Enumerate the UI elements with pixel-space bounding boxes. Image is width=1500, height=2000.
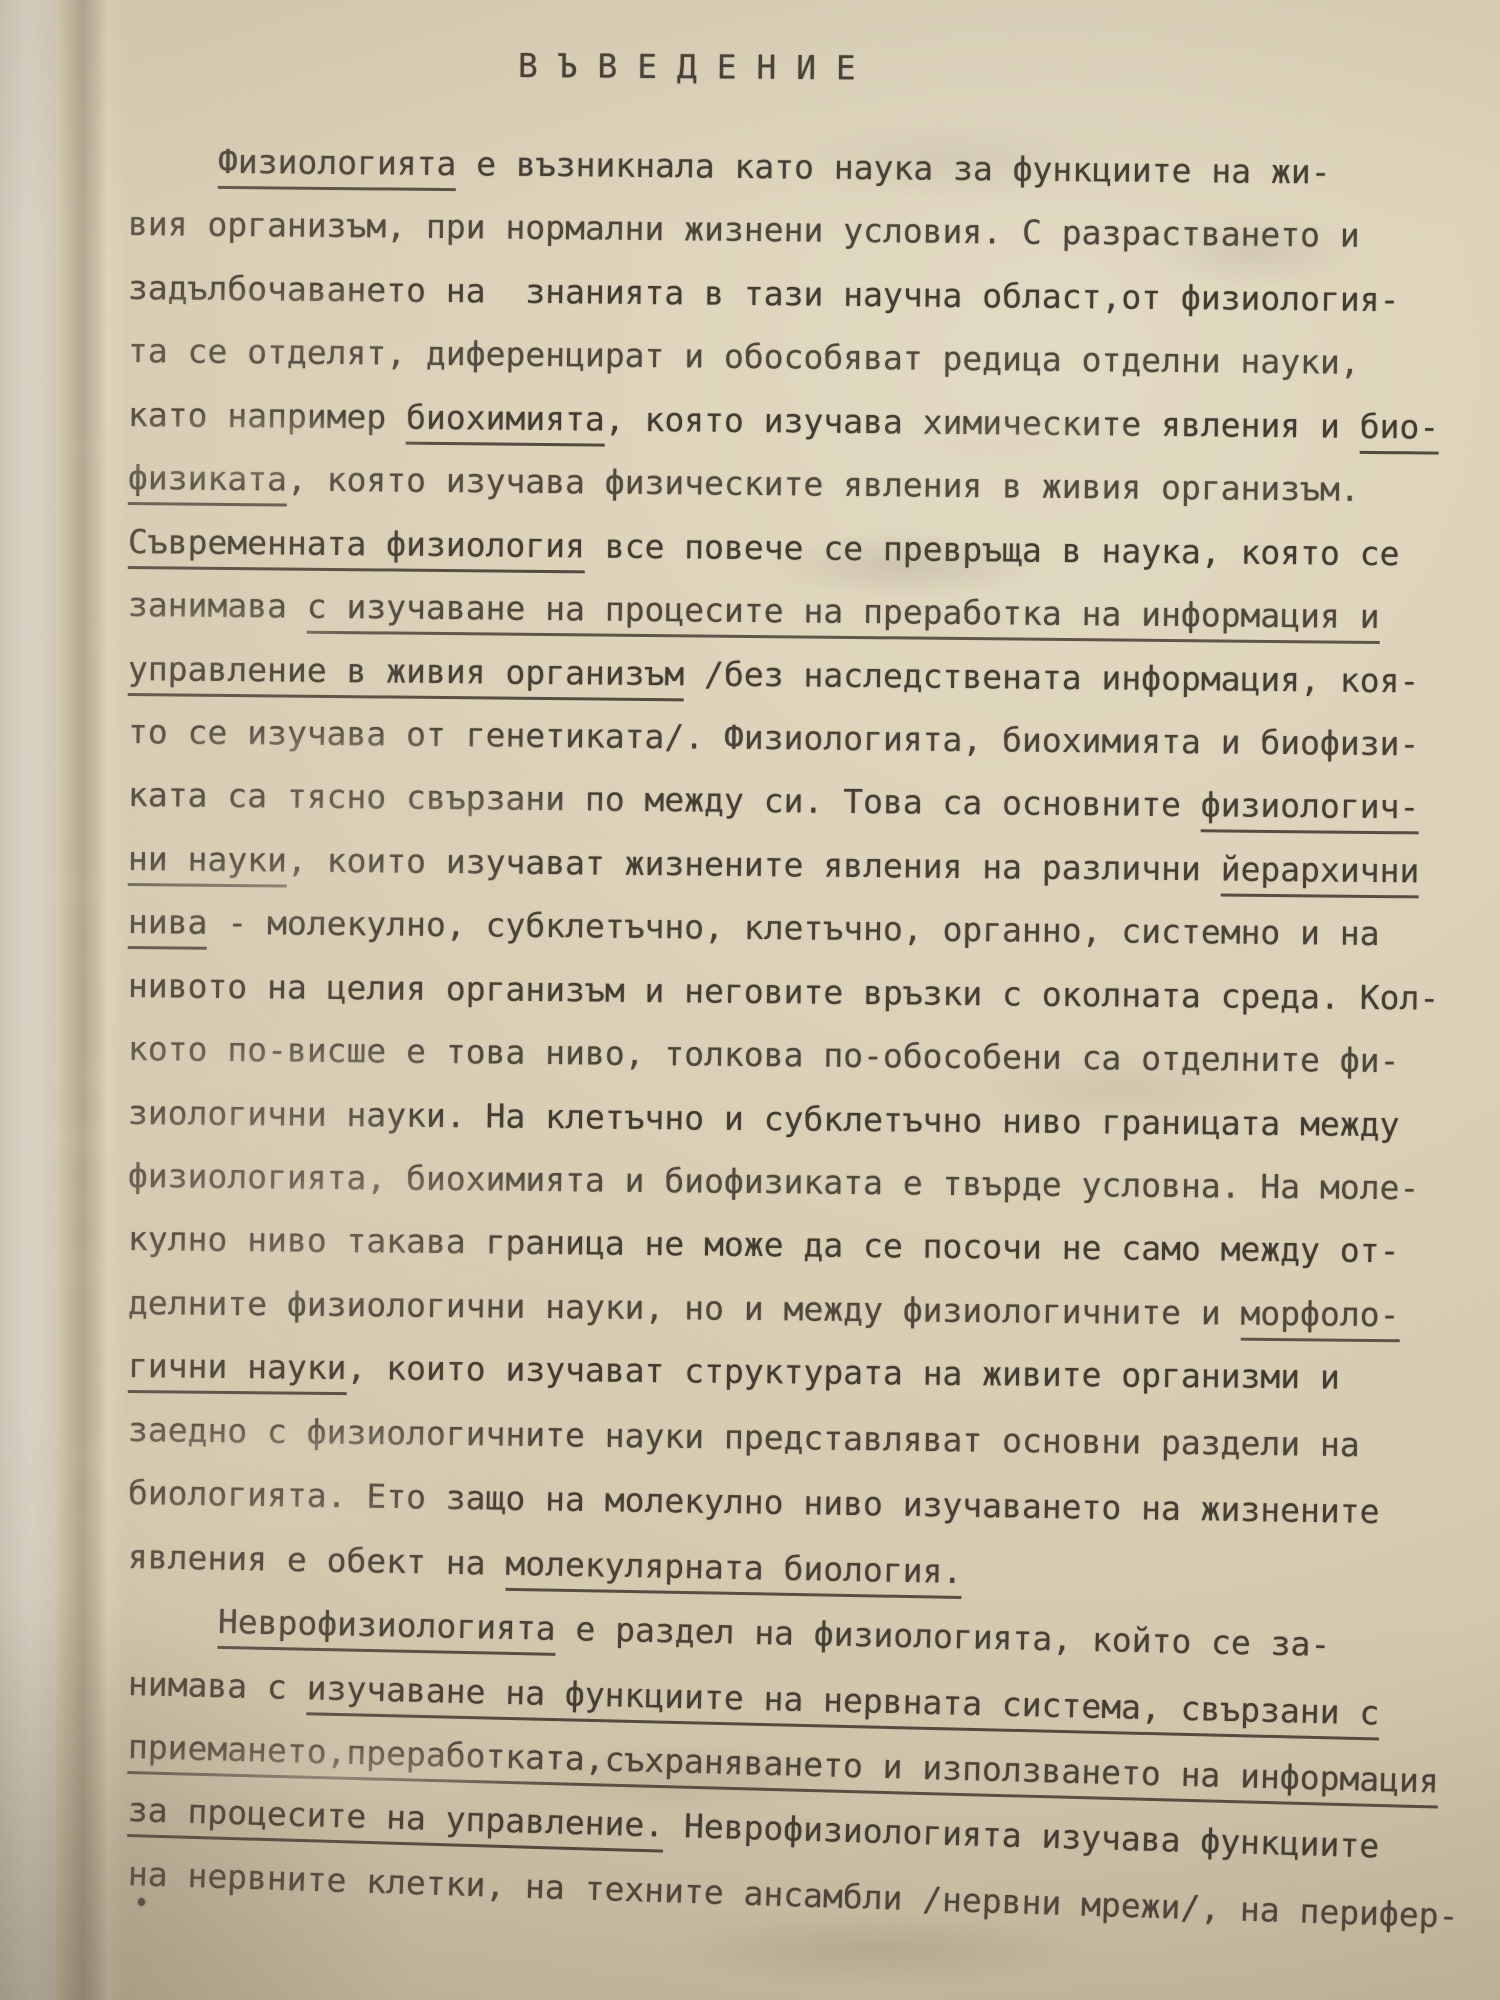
underlined-term: физиката — [128, 458, 287, 507]
underlined-term: молекулярната биология. — [505, 1543, 963, 1598]
text-segment: та се отделят, диференцират и обособяват… — [128, 331, 1360, 382]
ink-dot — [138, 1898, 145, 1906]
text-segment: физиологията, биохимията и биофизиката е… — [128, 1156, 1420, 1207]
text-segment: кулно ниво такава граница не може да се … — [128, 1219, 1400, 1270]
text-segment: , която изучава физическите явления в жи… — [287, 460, 1360, 509]
underlined-term: физиологич- — [1201, 786, 1420, 835]
underlined-term: гични науки — [128, 1346, 347, 1395]
text-segment: е възникнала като наука за функциите на … — [456, 144, 1331, 191]
text-segment: заедно с физиологичните науки представля… — [128, 1410, 1360, 1464]
facing-page-edge — [0, 0, 56, 2000]
underlined-term: Съвременната физиология — [128, 522, 585, 573]
book-page-photo: В Ъ В Е Д Е Н И Е Физиологията е възникн… — [0, 0, 1500, 2000]
underlined-term: био- — [1360, 407, 1440, 455]
text-segment: ката са тясно свързани по между си. Това… — [128, 775, 1201, 824]
text-segment: нивото на целия организъм и неговите връ… — [128, 966, 1440, 1018]
underlined-term: нива — [128, 902, 208, 950]
text-segment: вия организъм, при нормални жизнени усло… — [128, 204, 1360, 255]
text-segment: зиологични науки. На клетъчно и субклетъ… — [128, 1093, 1400, 1144]
underlined-term: йерархични — [1220, 849, 1419, 898]
text-segment: явления е обект на — [128, 1537, 506, 1583]
underlined-term: Неврофизиологията — [217, 1602, 556, 1656]
underlined-term: с изучаване на процесите на преработка н… — [307, 587, 1380, 644]
text-segment: задълбочаването на знанията в тази научн… — [128, 268, 1400, 319]
text-segment: Неврофизиологията изучава функциите — [664, 1806, 1380, 1866]
text-segment: биологията. Ето защо на молекулно ниво и… — [128, 1473, 1380, 1531]
text-segment: , която изучава химическите явления и — [605, 399, 1360, 445]
text-segment: като например — [128, 395, 407, 437]
underlined-term: управление в живия организъм — [128, 649, 685, 701]
text-segment: /без наследствената информация, коя- — [684, 654, 1419, 700]
text-segment: е раздел на физиологията, който се за- — [555, 1609, 1330, 1664]
underlined-term: морфоло- — [1240, 1294, 1399, 1343]
underlined-term: ни науки — [128, 839, 287, 888]
document-title: В Ъ В Е Д Е Н И Е — [518, 44, 856, 90]
page-gutter-crease — [56, 0, 126, 2000]
text-segment: делните физиологични науки, но и между ф… — [128, 1283, 1241, 1333]
text-segment: , които изучават жизнените явления на ра… — [287, 840, 1221, 888]
text-segment: , които изучават структурата на живите о… — [346, 1348, 1340, 1397]
typewritten-text-block: Физиологията е възникнала като наука за … — [128, 129, 1500, 1905]
text-segment: занимава — [128, 585, 307, 626]
text-segment: все повече се превръща в наука, която се — [585, 526, 1400, 573]
underlined-term: биохимията — [406, 397, 605, 446]
text-segment: то се изучава от генетиката/. Физиология… — [128, 712, 1420, 763]
text-segment: - молекулно, субклетъчно, клетъчно, орга… — [207, 903, 1380, 953]
underlined-term: Физиологията — [218, 142, 457, 191]
text-line: гични науки, които изучават структурата … — [128, 1334, 1500, 1411]
text-segment: нимава с — [128, 1664, 308, 1707]
text-segment: кото по-висше е това ниво, толкова по-об… — [128, 1029, 1400, 1080]
